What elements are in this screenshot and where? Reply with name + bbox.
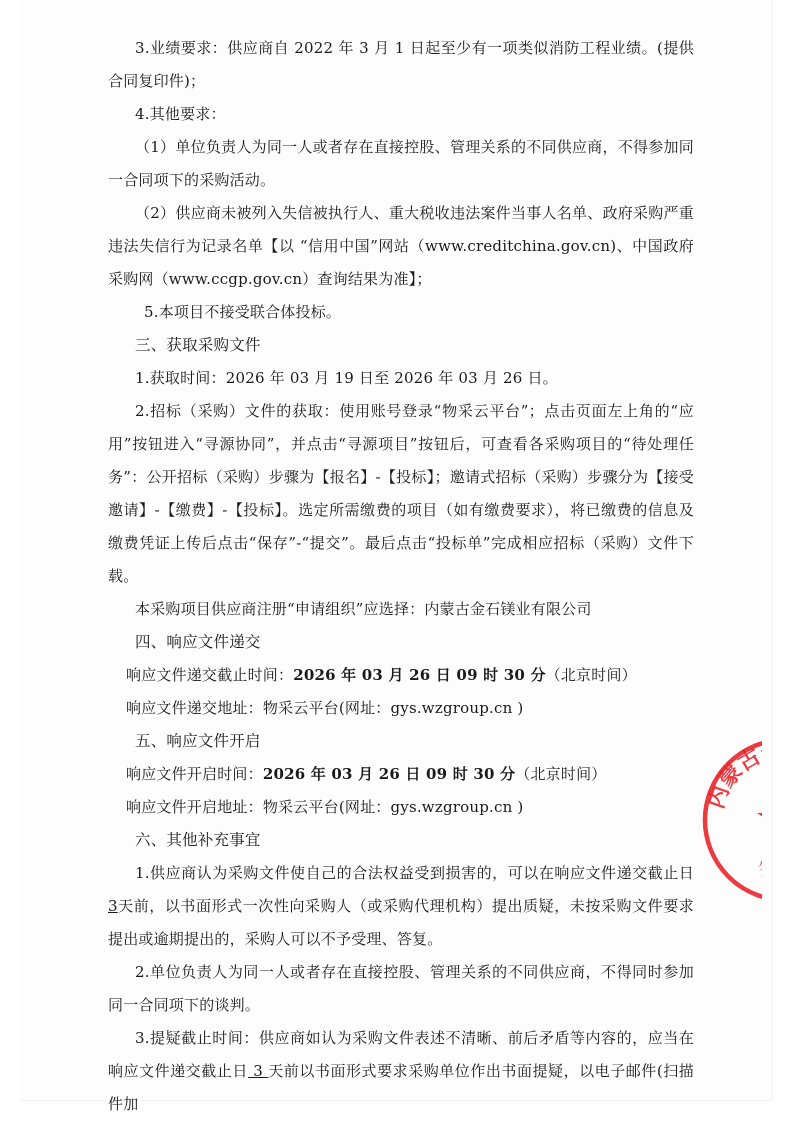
document-body: 3.业绩要求：供应商自 2022 年 3 月 1 日起至少有一项类似消防工程业绩… (108, 32, 694, 1121)
acquisition-time: 1.获取时间：2026 年 03 月 19 日至 2026 年 03 月 26 … (108, 362, 694, 395)
section-5-heading: 五、响应文件开启 (108, 725, 694, 758)
submission-deadline-timezone: （北京时间） (546, 666, 637, 684)
item3-days: 3 (248, 1062, 268, 1080)
supplementary-item-2: 2.单位负责人为同一人或者存在直接控股、管理关系的不同供应商，不得同时参加同一合… (108, 956, 694, 1022)
supplementary-item-1: 1.供应商认为采购文件使自己的合法权益受到损害的，可以在响应文件递交截止日 3天… (108, 857, 694, 956)
svg-text:内蒙古金石镁业有限公司: 内蒙古金石镁业有限公司 (700, 735, 762, 830)
opening-time-timezone: （北京时间） (515, 765, 606, 783)
submission-address-value: 物采云平台(网址：gys.wzgroup.cn ) (263, 699, 524, 717)
svg-text:签 字 工: 签 字 工 (757, 850, 762, 879)
other-requirement-1: （1）单位负责人为同一人或者存在直接控股、管理关系的不同供应商，不得参加同一合同… (108, 131, 694, 197)
submission-address-label: 响应文件递交地址： (126, 699, 263, 717)
item1-text: 1.供应商认为采购文件使自己的合法权益受到损害的，可以在响应文件递交截止日 (135, 864, 694, 882)
registration-organization: 本采购项目供应商注册“申请组织”应选择：内蒙古金石镁业有限公司 (108, 593, 694, 626)
section-3-heading: 三、获取采购文件 (108, 329, 694, 362)
no-consortium-bid: 5.本项目不接受联合体投标。 (108, 296, 694, 329)
submission-address: 响应文件递交地址：物采云平台(网址：gys.wzgroup.cn ) (108, 692, 694, 725)
item1-text-after: 天前，以书面形式一次性向采购人（或采购代理机构）提出质疑，未按采购文件要求提出或… (108, 897, 694, 948)
opening-address-label: 响应文件开启地址： (126, 798, 263, 816)
opening-time-label: 响应文件开启时间： (126, 765, 263, 783)
section-4-heading: 四、响应文件递交 (108, 626, 694, 659)
acquisition-method: 2.招标（采购）文件的获取：使用账号登录“物采云平台”；点击页面左上角的“应用”… (108, 395, 694, 593)
other-requirements-label: 4.其他要求： (108, 98, 694, 131)
seal-icon: 内蒙古金石镁业有限公司 签 字 工 (700, 735, 762, 905)
section-6-heading: 六、其他补充事宜 (108, 824, 694, 857)
opening-address-value: 物采云平台(网址：gys.wzgroup.cn ) (263, 798, 524, 816)
opening-time: 响应文件开启时间：2026 年 03 月 26 日 09 时 30 分（北京时间… (108, 758, 694, 791)
submission-deadline-label: 响应文件递交截止时间： (126, 666, 293, 684)
opening-time-value: 2026 年 03 月 26 日 09 时 30 分 (263, 765, 515, 783)
submission-deadline: 响应文件递交截止时间：2026 年 03 月 26 日 09 时 30 分（北京… (108, 659, 694, 692)
submission-deadline-value: 2026 年 03 月 26 日 09 时 30 分 (293, 666, 545, 684)
item1-days: 3 (108, 897, 118, 915)
opening-address: 响应文件开启地址：物采云平台(网址：gys.wzgroup.cn ) (108, 791, 694, 824)
other-requirement-2: （2）供应商未被列入失信被执行人、重大税收违法案件当事人名单、政府采购严重违法失… (108, 197, 694, 296)
company-seal-stamp: 内蒙古金石镁业有限公司 签 字 工 (700, 735, 762, 905)
supplementary-item-3: 3.提疑截止时间：供应商如认为采购文件表述不清晰、前后矛盾等内容的，应当在响应文… (108, 1022, 694, 1121)
qualification-performance: 3.业绩要求：供应商自 2022 年 3 月 1 日起至少有一项类似消防工程业绩… (108, 32, 694, 98)
